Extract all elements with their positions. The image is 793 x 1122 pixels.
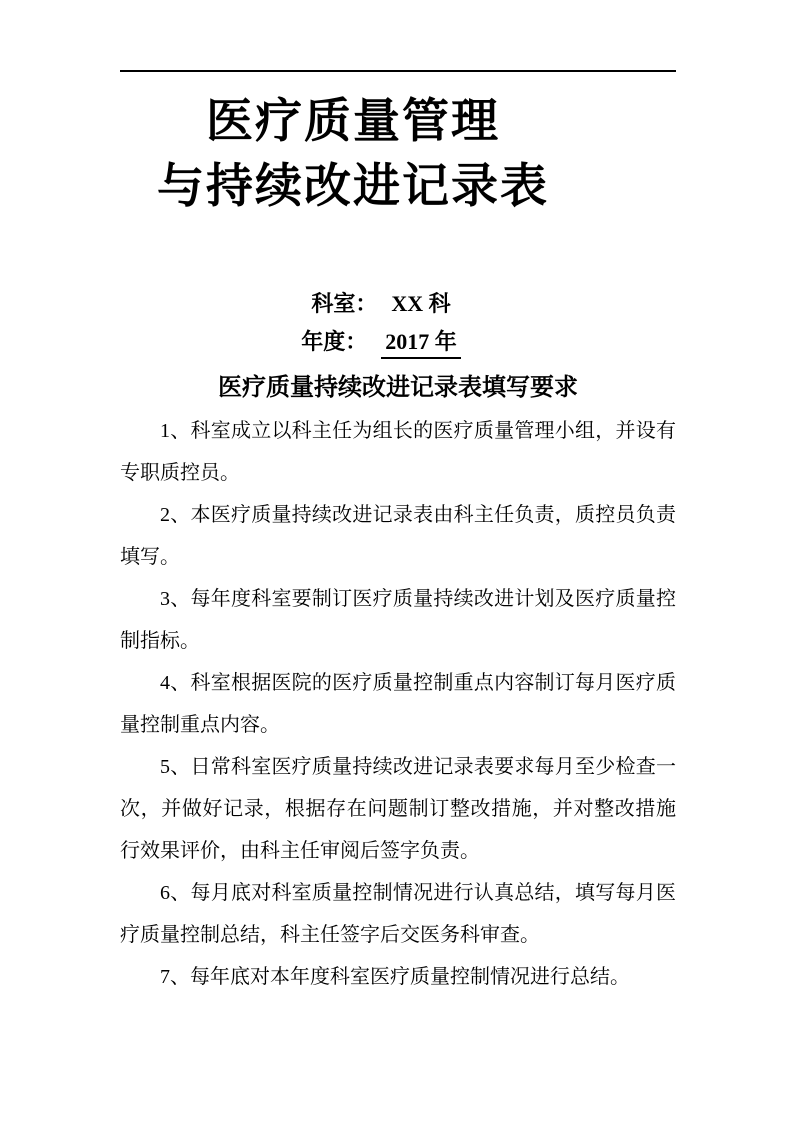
paragraph-line: 填写。 xyxy=(120,536,676,578)
paragraph-line: 次，并做好记录，根据存在问题制订整改措施，并对整改措施进 xyxy=(120,788,676,830)
requirements-heading: 医疗质量持续改进记录表填写要求 xyxy=(120,372,676,404)
requirement-paragraph: 2、本医疗质量持续改进记录表由科主任负责，质控员负责填写。 xyxy=(120,494,676,578)
requirements-list: 1、科室成立以科主任为组长的医疗质量管理小组，并设有专职质控员。2、本医疗质量持… xyxy=(120,410,676,998)
title-line-2: 与持续改进记录表 xyxy=(120,153,586,218)
paragraph-line: 6、每月底对科室质量控制情况进行认真总结，填写每月医 xyxy=(120,872,676,914)
paragraph-line: 4、科室根据医院的医疗质量控制重点内容制订每月医疗质 xyxy=(120,662,676,704)
department-label: 科室： xyxy=(311,291,377,316)
paragraph-line: 2、本医疗质量持续改进记录表由科主任负责，质控员负责 xyxy=(120,494,676,536)
requirement-paragraph: 5、日常科室医疗质量持续改进记录表要求每月至少检查一次，并做好记录，根据存在问题… xyxy=(120,746,676,872)
department-row: 科室：XX 科 xyxy=(120,288,676,319)
year-label: 年度： xyxy=(301,329,367,354)
paragraph-line: 1、科室成立以科主任为组长的医疗质量管理小组，并设有 xyxy=(120,410,676,452)
year-row: 年度：2017 年 xyxy=(120,326,676,359)
year-value: 2017 年 xyxy=(381,326,461,359)
paragraph-line: 7、每年底对本年度科室医疗质量控制情况进行总结。 xyxy=(120,956,676,998)
document-title: 医疗质量管理 与持续改进记录表 xyxy=(120,88,676,218)
department-value: XX 科 xyxy=(391,291,450,316)
document-page: 医疗质量管理 与持续改进记录表 科室：XX 科 年度：2017 年 医疗质量持续… xyxy=(0,0,793,1122)
header-rule xyxy=(120,70,676,72)
requirement-paragraph: 1、科室成立以科主任为组长的医疗质量管理小组，并设有专职质控员。 xyxy=(120,410,676,494)
requirement-paragraph: 4、科室根据医院的医疗质量控制重点内容制订每月医疗质量控制重点内容。 xyxy=(120,662,676,746)
paragraph-line: 疗质量控制总结，科主任签字后交医务科审查。 xyxy=(120,914,676,956)
requirement-paragraph: 7、每年底对本年度科室医疗质量控制情况进行总结。 xyxy=(120,956,676,998)
requirement-paragraph: 6、每月底对科室质量控制情况进行认真总结，填写每月医疗质量控制总结，科主任签字后… xyxy=(120,872,676,956)
requirement-paragraph: 3、每年度科室要制订医疗质量持续改进计划及医疗质量控制指标。 xyxy=(120,578,676,662)
paragraph-line: 专职质控员。 xyxy=(120,452,676,494)
paragraph-line: 3、每年度科室要制订医疗质量持续改进计划及医疗质量控 xyxy=(120,578,676,620)
paragraph-line: 5、日常科室医疗质量持续改进记录表要求每月至少检查一 xyxy=(120,746,676,788)
paragraph-line: 制指标。 xyxy=(120,620,676,662)
paragraph-line: 量控制重点内容。 xyxy=(120,704,676,746)
title-line-1: 医疗质量管理 xyxy=(120,88,586,153)
paragraph-line: 行效果评价，由科主任审阅后签字负责。 xyxy=(120,830,676,872)
